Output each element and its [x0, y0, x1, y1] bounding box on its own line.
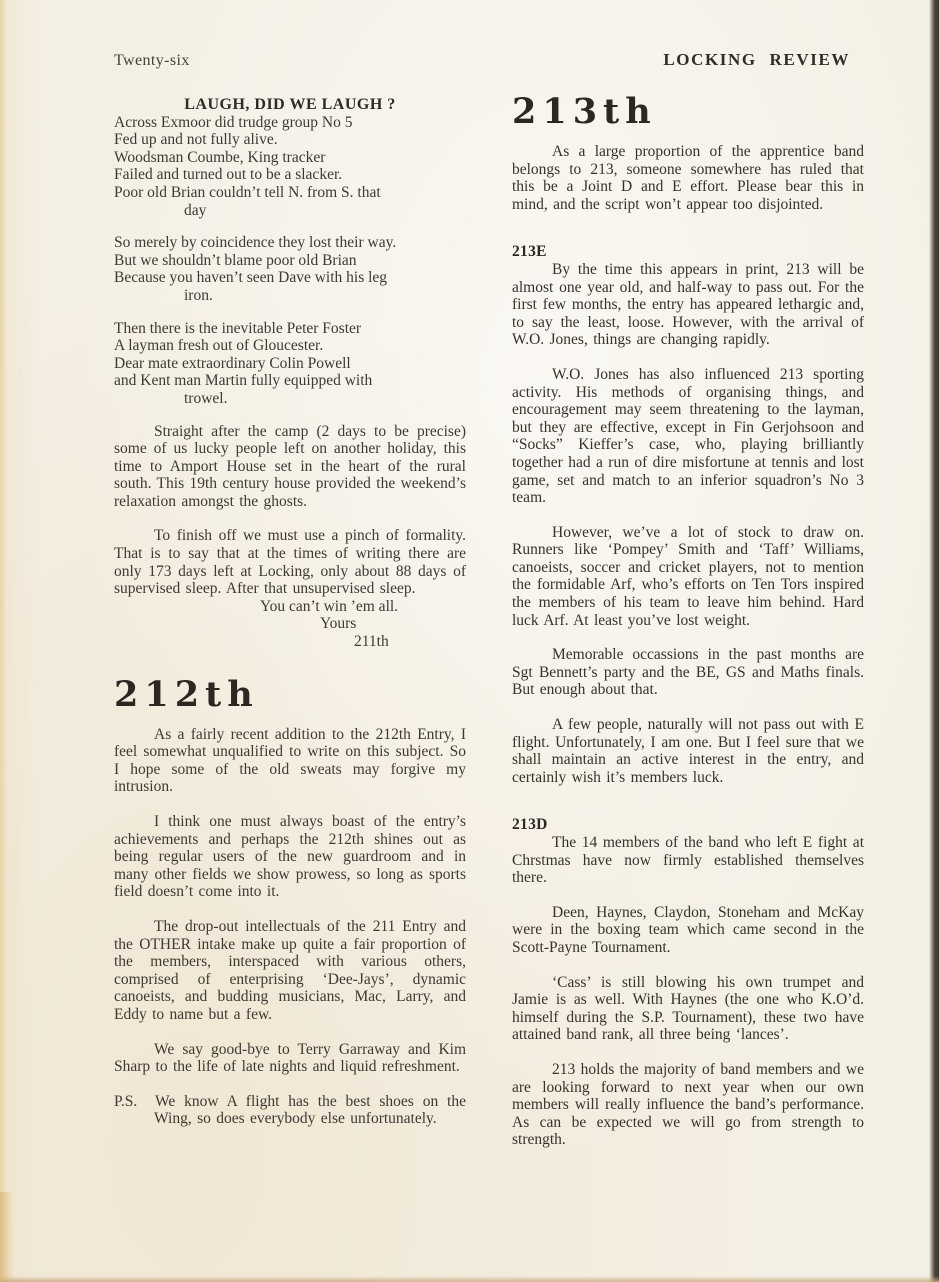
postscript-paragraph: P.S. We know A flight has the best shoes…	[114, 1093, 466, 1128]
two-column-layout: LAUGH, DID WE LAUGH ? Across Exmoor did …	[0, 70, 939, 1166]
poem-line: A layman fresh out of Gloucester.	[114, 337, 466, 355]
scan-corner-bottom-left	[0, 1192, 14, 1282]
poem-line: But we shouldn’t blame poor old Brian	[114, 252, 466, 270]
paragraph: W.O. Jones has also influenced 213 sport…	[512, 366, 864, 507]
sub-heading-213d: 213D	[512, 816, 864, 834]
poem-line: Dear mate extraordinary Colin Powell	[114, 355, 466, 373]
paragraph: I think one must always boast of the ent…	[114, 813, 466, 901]
section-heading-213th: 213th	[512, 94, 864, 130]
masthead-title: LOCKING REVIEW	[663, 50, 863, 70]
paragraph-finish: To finish off we must use a pinch of for…	[114, 527, 466, 597]
ps-label: P.S.	[114, 1093, 137, 1110]
poem-line-continuation: trowel.	[114, 390, 466, 408]
right-column: 213th As a large proportion of the appre…	[512, 70, 864, 1166]
paragraph: ‘Cass’ is still blowing his own trumpet …	[512, 974, 864, 1044]
scan-edge-right	[929, 0, 939, 1282]
poem-line-continuation: day	[114, 202, 466, 220]
scan-edge-bottom	[0, 1276, 939, 1282]
poem-line-continuation: iron.	[114, 287, 466, 305]
paragraph: However, we’ve a lot of stock to draw on…	[512, 524, 864, 630]
poem-title: LAUGH, DID WE LAUGH ?	[114, 96, 466, 114]
poem-line: and Kent man Martin fully equipped with	[114, 372, 466, 390]
paragraph: As a large proportion of the apprentice …	[512, 143, 864, 213]
poem-line: Then there is the inevitable Peter Foste…	[114, 320, 466, 338]
sub-heading-213e: 213E	[512, 243, 864, 261]
poem-line: Woodsman Coumbe, King tracker	[114, 149, 466, 167]
paragraph: The 14 members of the band who left E fi…	[512, 834, 864, 887]
poem-stanza-1: Across Exmoor did trudge group No 5 Fed …	[114, 114, 466, 220]
page-number: Twenty-six	[114, 52, 190, 70]
paragraph: As a fairly recent addition to the 212th…	[114, 726, 466, 796]
signoff-line: Yours	[320, 615, 466, 633]
poem-stanza-2: So merely by coincidence they lost their…	[114, 234, 466, 304]
page-header: Twenty-six LOCKING REVIEW	[0, 0, 939, 70]
paragraph: A few people, naturally will not pass ou…	[512, 716, 864, 786]
scanned-magazine-page: Twenty-six LOCKING REVIEW LAUGH, DID WE …	[0, 0, 939, 1282]
poem-line: So merely by coincidence they lost their…	[114, 234, 466, 252]
paragraph: Memorable occassions in the past months …	[512, 646, 864, 699]
poem-line: Poor old Brian couldn’t tell N. from S. …	[114, 184, 466, 202]
paragraph: By the time this appears in print, 213 w…	[512, 261, 864, 349]
paragraph: The drop-out intellectuals of the 211 En…	[114, 918, 466, 1024]
poem-line: Failed and turned out to be a slacker.	[114, 166, 466, 184]
scan-edge-left	[0, 0, 7, 1282]
signoff-line: You can’t win ’em all.	[260, 598, 466, 616]
signoff-entry-211th: 211th	[354, 633, 466, 651]
paragraph: We say good-bye to Terry Garraway and Ki…	[114, 1041, 466, 1076]
ps-text: We know A flight has the best shoes on t…	[154, 1093, 466, 1128]
poem-line: Across Exmoor did trudge group No 5	[114, 114, 466, 132]
signoff-block: You can’t win ’em all. Yours 211th	[114, 598, 466, 651]
paragraph: 213 holds the majority of band members a…	[512, 1061, 864, 1149]
section-heading-212th: 212th	[114, 677, 466, 713]
poem-line: Fed up and not fully alive.	[114, 131, 466, 149]
paragraph-camp: Straight after the camp (2 days to be pr…	[114, 423, 466, 511]
poem-stanza-3: Then there is the inevitable Peter Foste…	[114, 320, 466, 408]
left-column: LAUGH, DID WE LAUGH ? Across Exmoor did …	[114, 70, 466, 1166]
poem-line: Because you haven’t seen Dave with his l…	[114, 269, 466, 287]
paragraph: Deen, Haynes, Claydon, Stoneham and McKa…	[512, 904, 864, 957]
